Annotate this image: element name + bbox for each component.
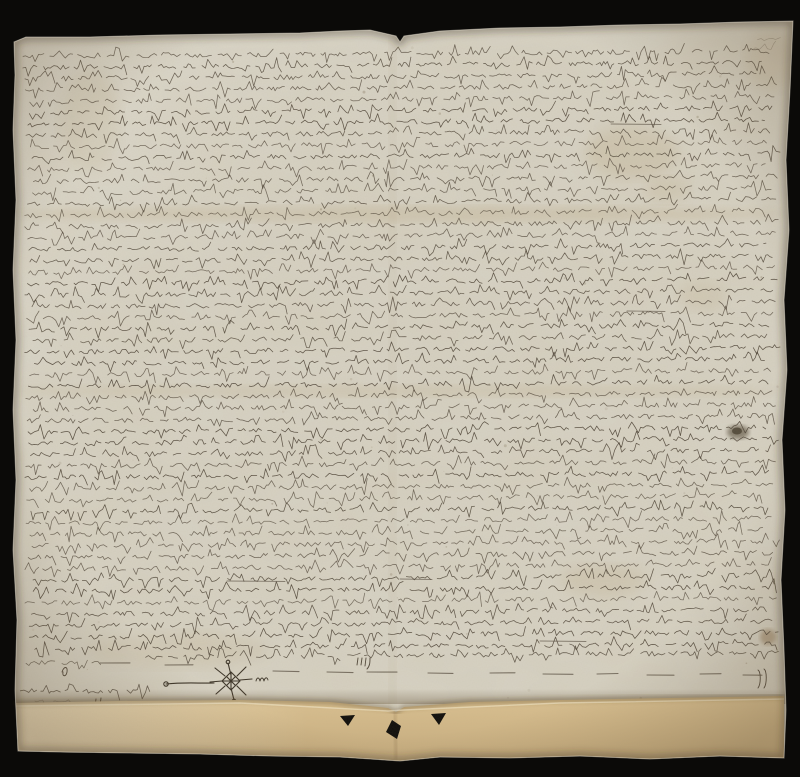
parchment-charter-photo bbox=[0, 0, 800, 777]
photo-vignette bbox=[0, 0, 800, 777]
photo-backdrop bbox=[0, 0, 800, 777]
